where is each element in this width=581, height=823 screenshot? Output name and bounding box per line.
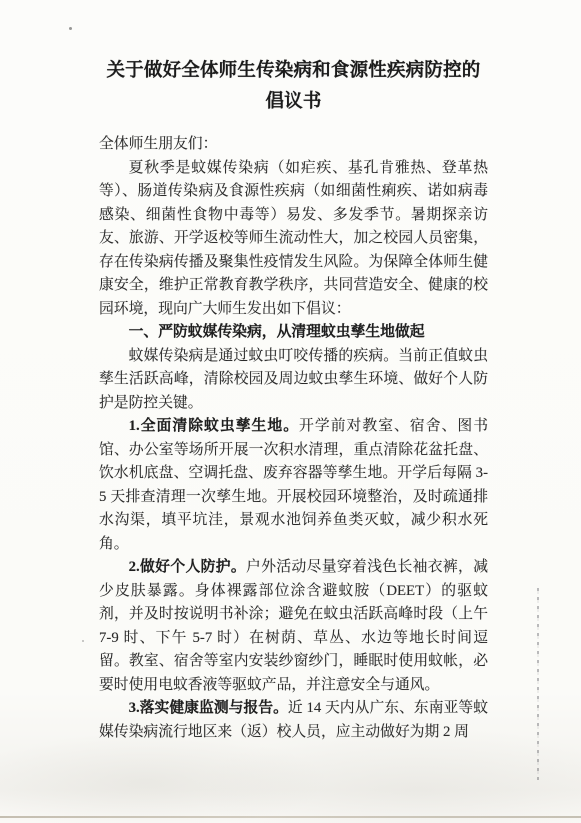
salutation: 全体师生朋友们： (99, 133, 488, 157)
list-item-3: 3.落实健康监测与报告。近 14 天内从广东、东南亚等蚊媒传染病流行地区来（返）… (99, 697, 488, 744)
scan-artifact-speck (69, 27, 72, 30)
scan-artifact-speck (82, 640, 84, 642)
document-body: 全体师生朋友们： 夏秋季是蚊媒传染病（如疟疾、基孔肯雅热、登革热等）、肠道传染病… (99, 133, 488, 744)
section-1-heading: 一、严防蚊媒传染病，从清理蚊虫孳生地做起 (99, 321, 488, 345)
scan-artifact-dashed-line (537, 588, 539, 780)
list-item-3-lead: 3.落实健康监测与报告。 (129, 700, 288, 716)
list-item-2-text: 户外活动尽量穿着浅色长袖衣裤，减少皮肤暴露。身体裸露部位涂含避蚊胺（DEET）的… (99, 559, 488, 693)
section-1-intro-paragraph: 蚊媒传染病是通过蚊虫叮咬传播的疾病。当前正值蚊虫孳生活跃高峰，清除校园及周边蚊虫… (99, 345, 488, 416)
list-item-2-lead: 2.做好个人防护。 (129, 559, 246, 575)
intro-paragraph: 夏秋季是蚊媒传染病（如疟疾、基孔肯雅热、登革热等）、肠道传染病及食源性疾病（如细… (99, 157, 488, 322)
list-item-1-text: 开学前对教室、宿舍、图书馆、办公室等场所开展一次积水清理，重点清除花盆托盘、饮水… (99, 418, 488, 552)
document-title-line2: 倡议书 (99, 87, 488, 118)
document-title: 关于做好全体师生传染病和食源性疾病防控的 倡议书 (99, 56, 488, 118)
list-item-1-lead: 1.全面清除蚊虫孳生地。 (129, 418, 299, 434)
scanned-page: 关于做好全体师生传染病和食源性疾病防控的 倡议书 全体师生朋友们： 夏秋季是蚊媒… (0, 0, 581, 823)
document-content: 关于做好全体师生传染病和食源性疾病防控的 倡议书 全体师生朋友们： 夏秋季是蚊媒… (99, 56, 488, 744)
list-item-2: 2.做好个人防护。户外活动尽量穿着浅色长袖衣裤，减少皮肤暴露。身体裸露部位涂含避… (99, 556, 488, 697)
list-item-1: 1.全面清除蚊虫孳生地。开学前对教室、宿舍、图书馆、办公室等场所开展一次积水清理… (99, 415, 488, 556)
scan-artifact-bottom-edge (0, 816, 581, 818)
document-title-line1: 关于做好全体师生传染病和食源性疾病防控的 (99, 56, 488, 87)
